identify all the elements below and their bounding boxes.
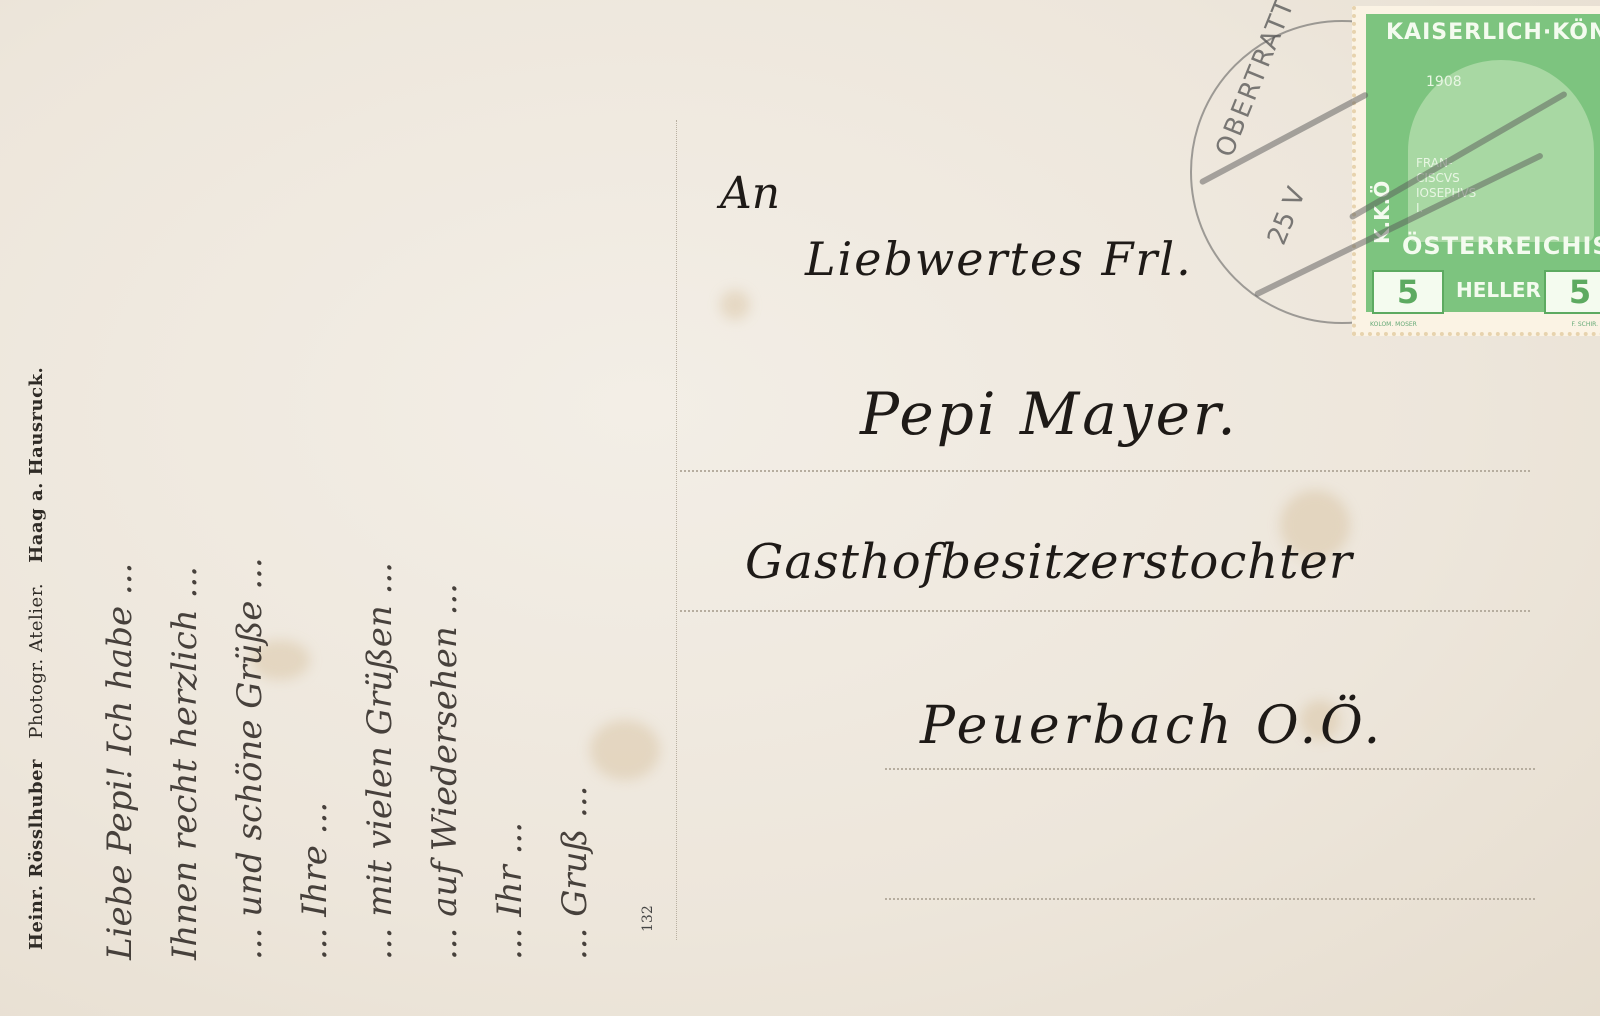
stamp-top-text: KAISERLICH·KÖNIGL: [1386, 20, 1600, 45]
message-line: Liebe Pepi! Ich habe ...: [100, 563, 140, 960]
message-line: Ihnen recht herzlich ...: [165, 566, 205, 960]
recipient-place: Peuerbach O.Ö.: [920, 696, 1384, 756]
message-line: ... und schöne Grüße ...: [230, 557, 270, 960]
message-line: ... Ihr ...: [490, 822, 530, 960]
recipient-title: Gasthofbesitzerstochter: [745, 534, 1353, 590]
stamp-designers: KOLOM. MOSER F. SCHIR.: [1370, 321, 1600, 328]
publisher-trade: Photogr. Atelier.: [26, 583, 47, 739]
postcard-back: Heinr. Rösslhuber Photogr. Atelier. Haag…: [0, 0, 1600, 1016]
postage-stamp: KAISERLICH·KÖNIGL 1908 K.K.Ö FRAN- CISCV…: [1352, 6, 1600, 336]
handwritten-message: Liebe Pepi! Ich habe ... Ihnen recht her…: [80, 40, 640, 1000]
publisher-name: Heinr. Rösslhuber: [26, 759, 47, 950]
stamp-year: 1908: [1426, 74, 1462, 90]
publisher-imprint: Heinr. Rösslhuber Photogr. Atelier. Haag…: [26, 367, 47, 950]
address-line: [680, 610, 1530, 612]
designer-left: KOLOM. MOSER: [1370, 321, 1417, 328]
message-line: ... mit vielen Grüßen ...: [360, 562, 400, 960]
message-line: ... Gruß ...: [555, 786, 595, 960]
address-line: [680, 470, 1530, 472]
stamp-value-right: 5: [1544, 270, 1600, 314]
address-salutation: An: [720, 168, 780, 219]
publisher-location: Haag a. Hausruck.: [26, 367, 47, 563]
card-divider: [676, 120, 677, 940]
designer-right: F. SCHIR.: [1572, 321, 1598, 328]
stain: [720, 290, 750, 320]
message-line: ... auf Wiedersehen ...: [425, 583, 465, 960]
stamp-currency: HELLER: [1456, 278, 1541, 302]
stamp-value-left: 5: [1372, 270, 1444, 314]
recipient-name: Pepi Mayer.: [860, 380, 1239, 448]
address-line: [885, 768, 1535, 770]
message-line: ... Ihre ...: [295, 802, 335, 960]
address-line: [885, 898, 1535, 900]
stamp-bottom-text: ÖSTERREICHISCH: [1402, 232, 1600, 260]
card-number: 132: [640, 905, 656, 932]
stamp-face: KAISERLICH·KÖNIGL 1908 K.K.Ö FRAN- CISCV…: [1366, 14, 1600, 312]
address-line1: Liebwertes Frl.: [805, 232, 1193, 286]
